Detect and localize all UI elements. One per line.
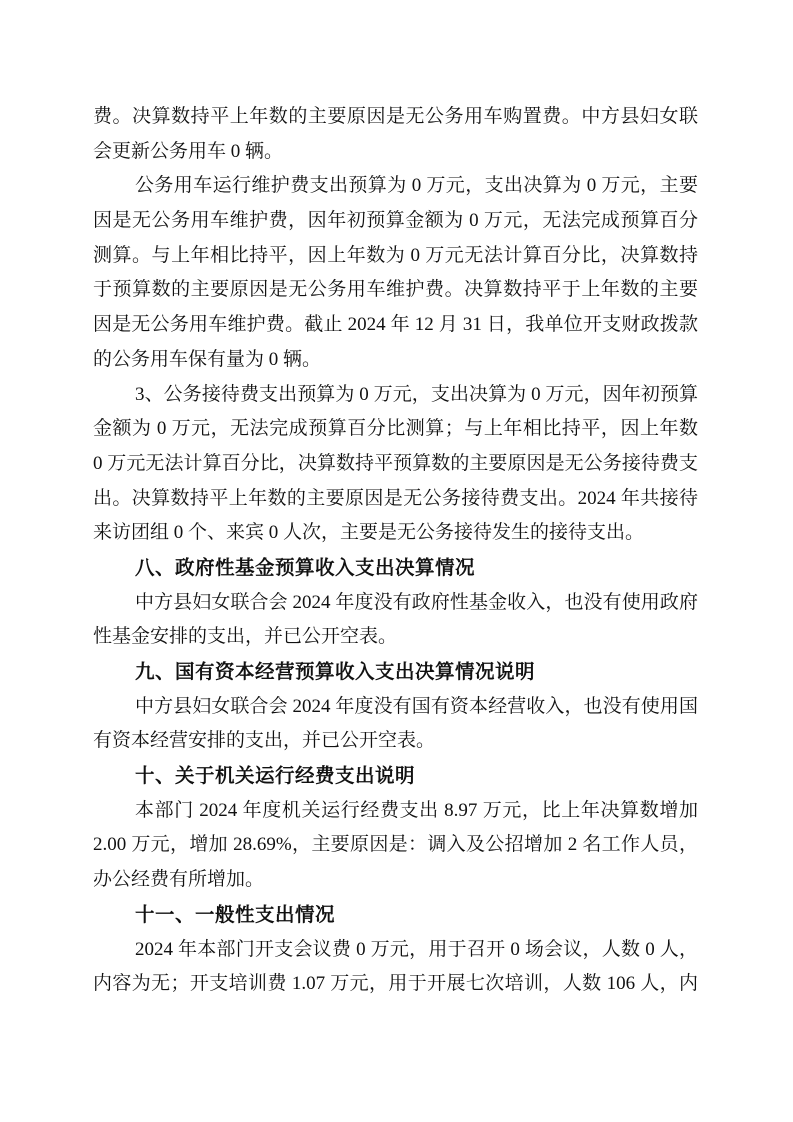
body-line: 3、公务接待费支出预算为 0 万元，支出决算为 0 万元，因年初预算 [93,378,698,413]
body-line: 性基金安排的支出，并已公开空表。 [93,620,698,655]
body-line: 公务用车运行维护费支出预算为 0 万元，支出决算为 0 万元，主要原 [93,169,698,204]
section-heading-10: 十、关于机关运行经费支出说明 [93,759,698,794]
body-line: 因是无公务用车维护费，因年初预算金额为 0 万元，无法完成预算百分比 [93,204,698,239]
section-heading-8: 八、政府性基金预算收入支出决算情况 [93,551,698,586]
body-line: 内容为无；开支培训费 1.07 万元，用于开展七次培训，人数 106 人，内 [93,967,698,1002]
body-line: 会更新公务用车 0 辆。 [93,135,698,170]
body-line: 测算。与上年相比持平，因上年数为 0 万元无法计算百分比，决算数持平 [93,239,698,274]
body-line: 中方县妇女联合会 2024 年度没有国有资本经营收入，也没有使用国 [93,690,698,725]
body-line: 本部门 2024 年度机关运行经费支出 8.97 万元，比上年决算数增加 [93,794,698,829]
body-line: 金额为 0 万元，无法完成预算百分比测算；与上年相比持平，因上年数为 [93,412,698,447]
body-line: 的公务用车保有量为 0 辆。 [93,343,698,378]
body-line: 0 万元无法计算百分比，决算数持平预算数的主要原因是无公务接待费支 [93,447,698,482]
section-heading-9: 九、国有资本经营预算收入支出决算情况说明 [93,655,698,690]
body-line: 于预算数的主要原因是无公务用车维护费。决算数持平于上年数的主要原 [93,273,698,308]
body-line: 来访团组 0 个、来宾 0 人次，主要是无公务接待发生的接待支出。 [93,516,698,551]
text-block: 费。决算数持平上年数的主要原因是无公务用车购置费。中方县妇女联合 会更新公务用车… [93,100,698,1002]
body-line: 2.00 万元，增加 28.69%，主要原因是：调入及公招增加 2 名工作人员， [93,828,698,863]
document-page: 费。决算数持平上年数的主要原因是无公务用车购置费。中方县妇女联合 会更新公务用车… [0,0,793,1122]
body-line: 出。决算数持平上年数的主要原因是无公务接待费支出。2024 年共接待 [93,482,698,517]
body-line: 费。决算数持平上年数的主要原因是无公务用车购置费。中方县妇女联合 [93,100,698,135]
body-line: 办公经费有所增加。 [93,863,698,898]
body-line: 中方县妇女联合会 2024 年度没有政府性基金收入，也没有使用政府 [93,586,698,621]
body-line: 因是无公务用车维护费。截止 2024 年 12 月 31 日，我单位开支财政拨款 [93,308,698,343]
body-line: 有资本经营安排的支出，并已公开空表。 [93,724,698,759]
body-line: 2024 年本部门开支会议费 0 万元，用于召开 0 场会议，人数 0 人， [93,933,698,968]
section-heading-11: 十一、一般性支出情况 [93,898,698,933]
